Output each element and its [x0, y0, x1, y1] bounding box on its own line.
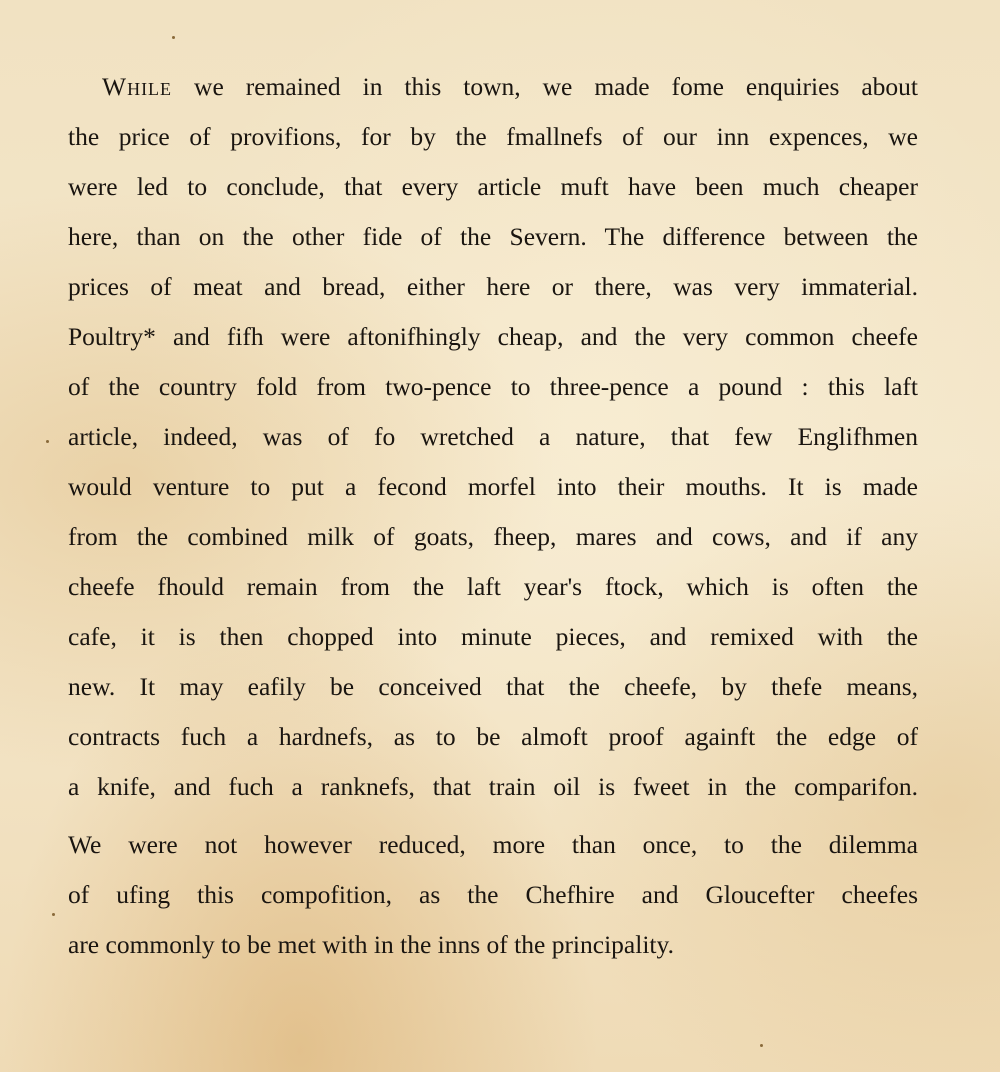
text-line: of ufing this compofition, as the Chefhi… — [68, 870, 918, 920]
text-line: the price of provifions, for by the fmal… — [68, 112, 918, 162]
book-page-text: While we remained in this town, we made … — [68, 62, 918, 970]
paper-speck — [52, 913, 55, 916]
text-line: were led to conclude, that every article… — [68, 162, 918, 212]
text-line: are commonly to be met with in the inns … — [68, 920, 918, 970]
text-line: cafe, it is then chopped into minute pie… — [68, 612, 918, 662]
text-line: prices of meat and bread, either here or… — [68, 262, 918, 312]
text-line: article, indeed, was of fo wretched a na… — [68, 412, 918, 462]
paper-speck — [46, 440, 49, 443]
text-line: cheefe fhould remain from the laft year'… — [68, 562, 918, 612]
text-line: here, than on the other fide of the Seve… — [68, 212, 918, 262]
paper-speck — [172, 36, 175, 39]
text-line: contracts fuch a hardnefs, as to be almo… — [68, 712, 918, 762]
text-line: new. It may eafily be conceived that the… — [68, 662, 918, 712]
text-line: While we remained in this town, we made … — [68, 62, 918, 112]
paragraph-2: We were not however reduced, more than o… — [68, 820, 918, 970]
paragraph-1: While we remained in this town, we made … — [68, 62, 918, 812]
text-line: a knife, and fuch a ranknefs, that train… — [68, 762, 918, 812]
text-line: would venture to put a fecond morfel int… — [68, 462, 918, 512]
paper-speck — [760, 1044, 763, 1047]
opening-word: While — [102, 72, 172, 101]
text-line: Poultry* and fifh were aftonifhingly che… — [68, 312, 918, 362]
text-line: of the country fold from two-pence to th… — [68, 362, 918, 412]
text-line: We were not however reduced, more than o… — [68, 820, 918, 870]
text-line: from the combined milk of goats, fheep, … — [68, 512, 918, 562]
